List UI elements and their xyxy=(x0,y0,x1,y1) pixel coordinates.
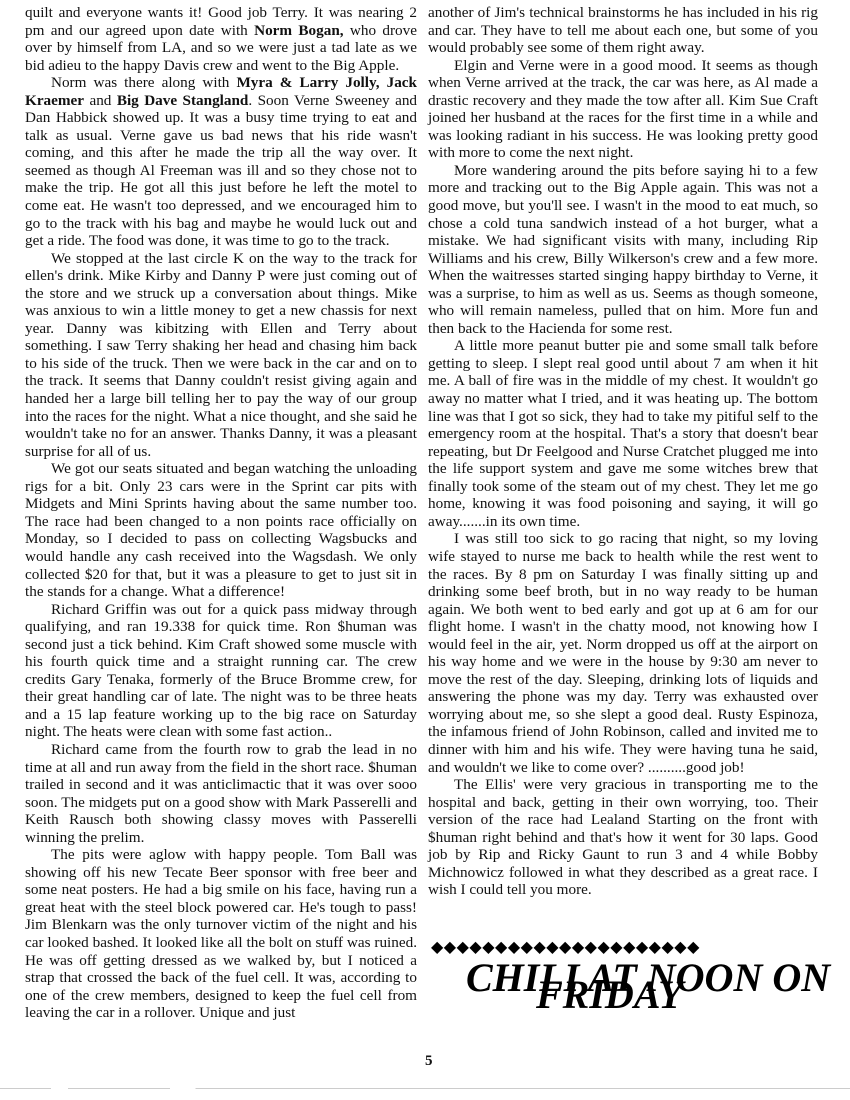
right-column: another of Jim's technical brainstorms h… xyxy=(428,4,818,899)
paragraph: I was still too sick to go racing that n… xyxy=(428,530,818,776)
paragraph: A little more peanut butter pie and some… xyxy=(428,337,818,530)
bold-name: Big Dave Stangland xyxy=(117,92,249,109)
paragraph: Elgin and Verne were in a good mood. It … xyxy=(428,57,818,162)
text: . Soon Verne Sweeney and Dan Habbick sho… xyxy=(25,92,417,249)
diamond-divider-icon: ◆◆◆◆◆◆◆◆◆◆◆◆◆◆◆◆◆◆◆◆◆ xyxy=(431,937,700,957)
paragraph: We stopped at the last circle K on the w… xyxy=(25,250,417,461)
paragraph: Richard Griffin was out for a quick pass… xyxy=(25,601,417,741)
paragraph: We got our seats situated and began watc… xyxy=(25,460,417,600)
bottom-rule xyxy=(0,1088,850,1089)
text: Norm was there along with xyxy=(51,74,236,91)
paragraph: another of Jim's technical brainstorms h… xyxy=(428,4,818,57)
paragraph: More wandering around the pits before sa… xyxy=(428,162,818,337)
paragraph: The pits were aglow with happy people. T… xyxy=(25,846,417,1021)
paragraph: The Ellis' were very gracious in transpo… xyxy=(428,776,818,899)
paragraph: quilt and everyone wants it! Good job Te… xyxy=(25,4,417,74)
text: and xyxy=(84,92,117,109)
left-column: quilt and everyone wants it! Good job Te… xyxy=(25,4,417,1022)
headline-line-2: FRIDAY xyxy=(536,975,683,1015)
bold-name: Norm Bogan, xyxy=(254,22,343,39)
page-number: 5 xyxy=(425,1053,433,1070)
paragraph: Richard came from the fourth row to grab… xyxy=(25,741,417,846)
paragraph: Norm was there along with Myra & Larry J… xyxy=(25,74,417,249)
